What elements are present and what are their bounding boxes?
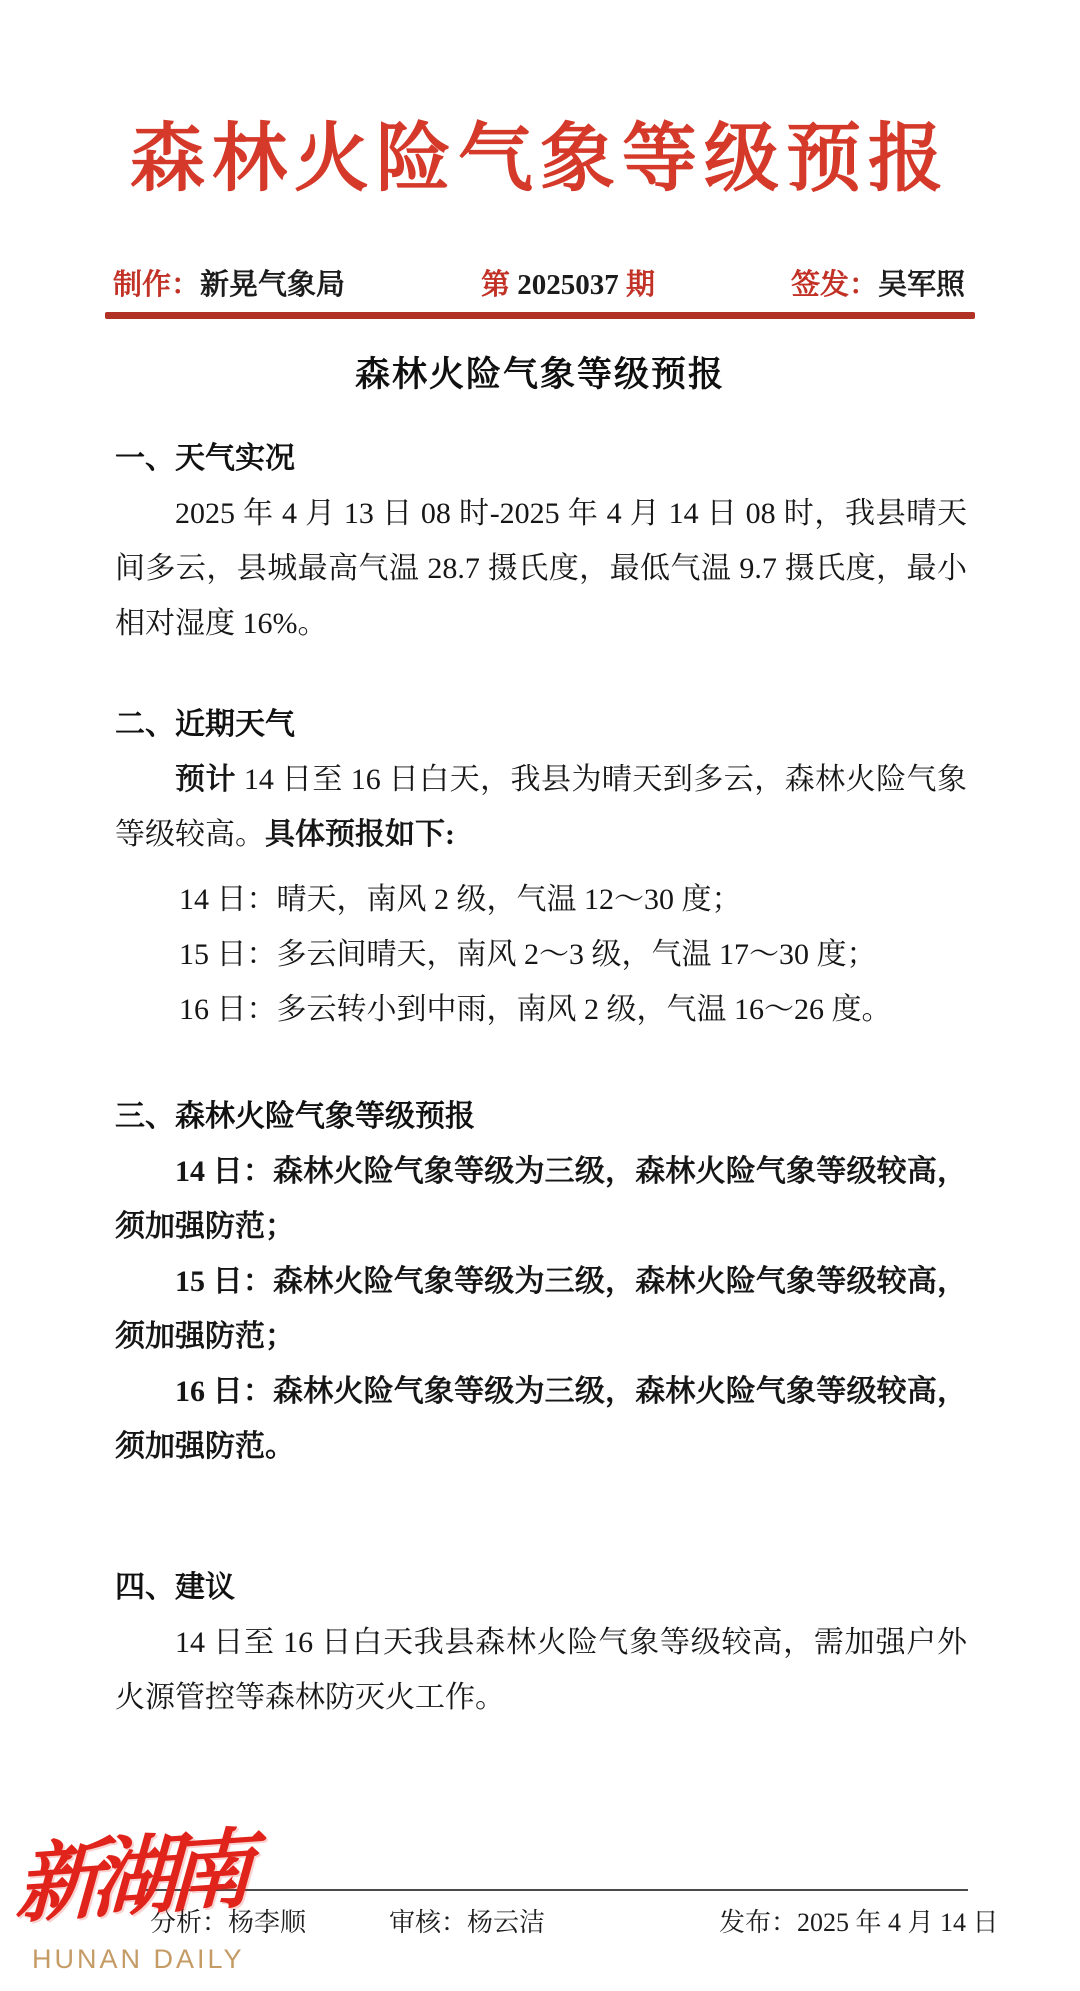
publish-date: 2025 年 4 月 14 日 [797, 1908, 999, 1937]
issue-number: 2025037 [517, 269, 619, 301]
issue-number-field: 第 2025037 期 [481, 266, 655, 304]
footer-reviewer-field: 审核：杨云洁 [389, 1903, 545, 1943]
masthead-title: 森林火险气象等级预报 [0, 0, 1080, 216]
issue-suffix: 期 [619, 269, 655, 301]
forecast-item-day15: 15 日：多云间晴天，南风 2～3 级，气温 17～30 度； [115, 927, 967, 982]
section-weather-actual: 一、天气实况 2025 年 4 月 13 日 08 时-2025 年 4 月 1… [115, 431, 967, 651]
signer-value: 吴军照 [878, 269, 965, 301]
section4-heading: 四、建议 [115, 1560, 967, 1615]
fire-danger-item-day16: 16 日：森林火险气象等级为三级，森林火险气象等级较高，须加强防范。 [115, 1364, 967, 1474]
section4-paragraph: 14 日至 16 日白天我县森林火险气象等级较高，需加强户外火源管控等森林防灭火… [115, 1615, 967, 1725]
reviewer-label: 审核： [389, 1908, 467, 1937]
hunan-daily-logo: 新湖南 HUNAN DAILY [14, 1836, 304, 1975]
forecast-document: 森林火险气象等级预报 制作：新晃气象局 第 2025037 期 签发：吴军照 森… [0, 0, 1080, 1991]
section1-heading: 一、天气实况 [115, 431, 967, 486]
footer-publish-field: 发布：2025 年 4 月 14 日 [719, 1903, 999, 1943]
document-title: 森林火险气象等级预报 [0, 349, 1080, 401]
section2-tail: 具体预报如下: [265, 818, 455, 851]
document-body: 一、天气实况 2025 年 4 月 13 日 08 时-2025 年 4 月 1… [115, 431, 967, 1725]
section2-lead: 预计 [175, 763, 236, 796]
section1-paragraph: 2025 年 4 月 13 日 08 时-2025 年 4 月 14 日 08 … [115, 486, 967, 651]
section-recent-weather: 二、近期天气 预计 14 日至 16 日白天，我县为晴天到多云，森林火险气象等级… [115, 697, 967, 1037]
signer-field: 签发：吴军照 [791, 266, 965, 304]
reviewer-name: 杨云洁 [467, 1908, 545, 1937]
signer-label: 签发： [791, 269, 878, 301]
fire-danger-item-day15: 15 日：森林火险气象等级为三级，森林火险气象等级较高，须加强防范； [115, 1254, 967, 1364]
maker-label: 制作： [113, 269, 200, 301]
hunan-daily-logo-chinese: 新湖南 [14, 1815, 307, 1936]
section3-heading: 三、森林火险气象等级预报 [115, 1089, 967, 1144]
publish-label: 发布： [719, 1908, 797, 1937]
issue-info-row: 制作：新晃气象局 第 2025037 期 签发：吴军照 [113, 266, 965, 304]
maker-field: 制作：新晃气象局 [113, 266, 345, 304]
section-fire-danger-forecast: 三、森林火险气象等级预报 14 日：森林火险气象等级为三级，森林火险气象等级较高… [115, 1089, 967, 1474]
section-suggestions: 四、建议 14 日至 16 日白天我县森林火险气象等级较高，需加强户外火源管控等… [115, 1560, 967, 1725]
issue-prefix: 第 [481, 269, 517, 301]
forecast-item-day16: 16 日：多云转小到中雨，南风 2 级，气温 16～26 度。 [115, 982, 967, 1037]
section2-body-text: 14 日至 16 日白天，我县为晴天到多云，森林火险气象等级较高。 [115, 763, 967, 851]
maker-value: 新晃气象局 [200, 269, 345, 301]
hunan-daily-logo-english: HUNAN DAILY [14, 1944, 304, 1975]
fire-danger-item-day14: 14 日：森林火险气象等级为三级，森林火险气象等级较高，须加强防范； [115, 1144, 967, 1254]
header-divider-rule [105, 312, 975, 319]
daily-forecast-list: 14 日：晴天，南风 2 级，气温 12～30 度； 15 日：多云间晴天，南风… [115, 872, 967, 1037]
section2-heading: 二、近期天气 [115, 697, 967, 752]
forecast-item-day14: 14 日：晴天，南风 2 级，气温 12～30 度； [115, 872, 967, 927]
section2-paragraph: 预计 14 日至 16 日白天，我县为晴天到多云，森林火险气象等级较高。具体预报… [115, 752, 967, 862]
